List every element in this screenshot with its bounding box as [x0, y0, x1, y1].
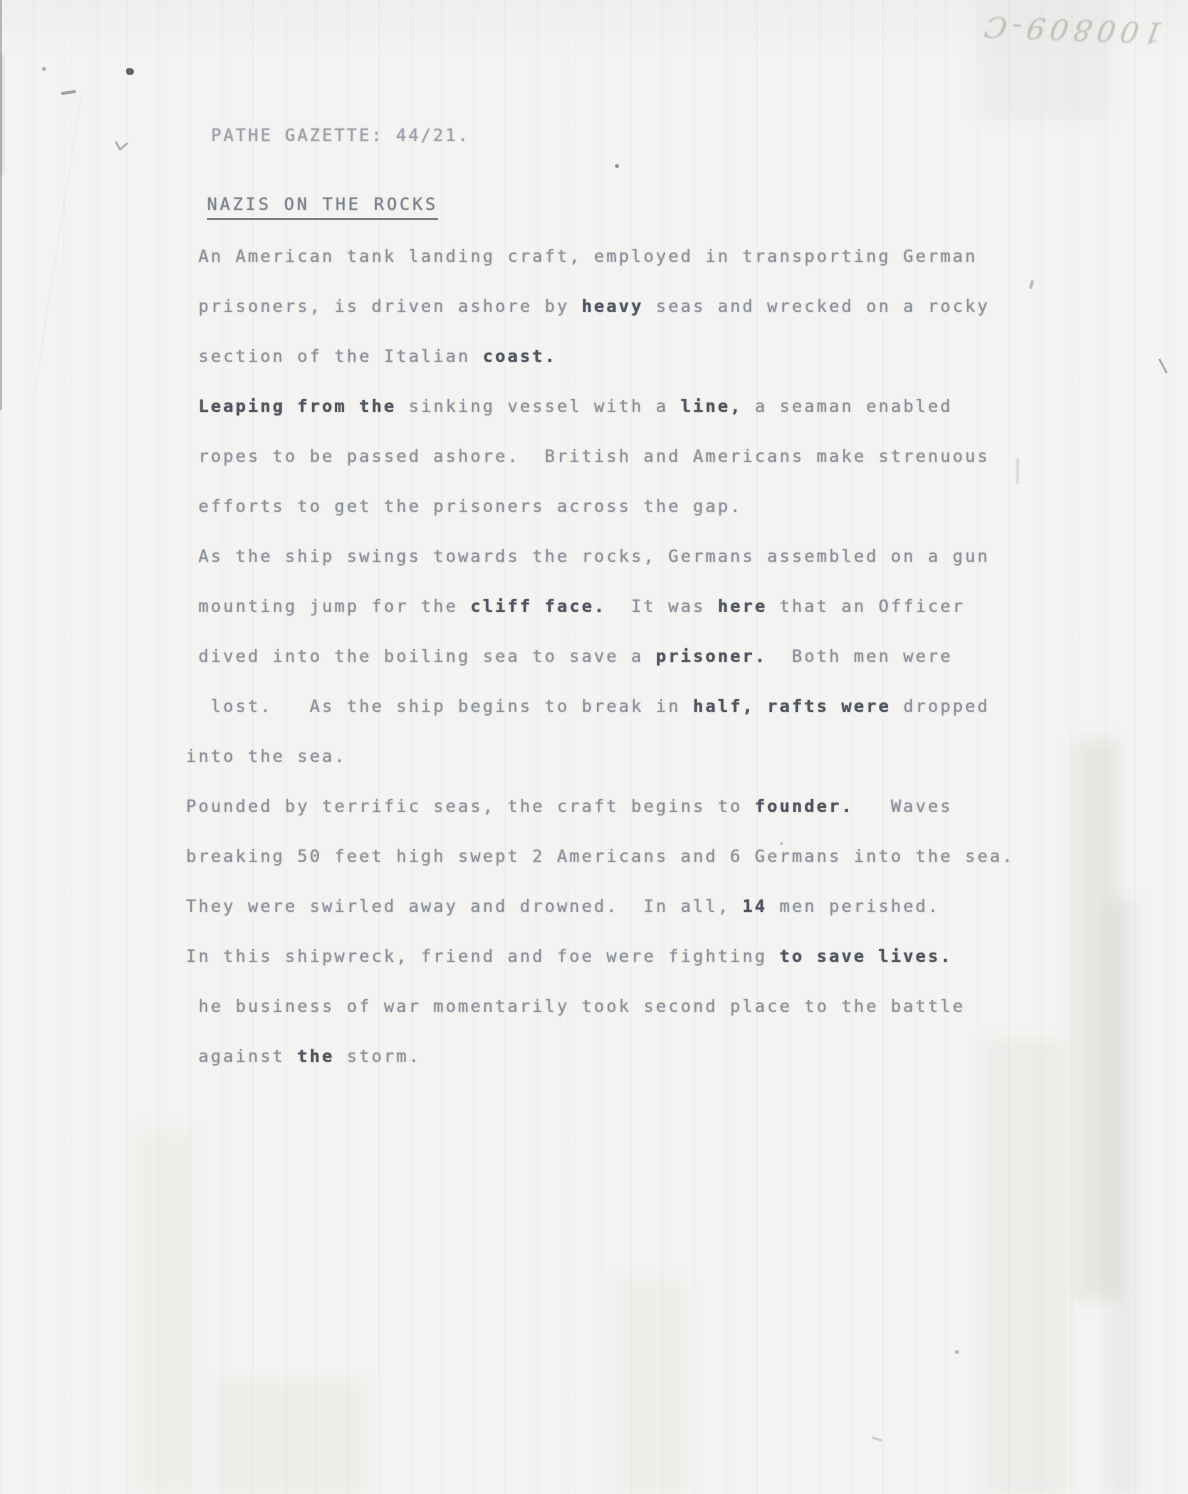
text-segment: It was: [606, 597, 717, 617]
text-segment: dived into the boiling sea to save a: [186, 647, 656, 667]
text-line: prisoners, is driven ashore by heavy sea…: [186, 282, 1086, 332]
text-segment: storm.: [334, 1047, 421, 1067]
emphasized-text: prisoner.: [656, 647, 767, 667]
emphasized-text: line,: [681, 397, 743, 417]
text-line: As the ship swings towards the rocks, Ge…: [186, 532, 1086, 582]
newsreel-issue-header: PATHE GAZETTE: 44/21.: [211, 126, 470, 146]
text-segment: into the sea.: [186, 747, 347, 767]
text-line: An American tank landing craft, employed…: [186, 232, 1086, 282]
text-segment: Pounded by terrific seas, the craft begi…: [186, 797, 755, 817]
emphasized-text: here: [718, 597, 767, 617]
text-segment: dropped: [891, 697, 990, 717]
scanned-page: 100809-C PATHE GAZETTE: 44/21. NAZIS ON …: [0, 0, 1188, 1494]
text-line: section of the Italian coast.: [186, 332, 1086, 382]
text-line: They were swirled away and drowned. In a…: [186, 882, 1086, 932]
text-line: mounting jump for the cliff face. It was…: [186, 582, 1086, 632]
text-segment: In this shipwreck, friend and foe were f…: [186, 947, 780, 967]
text-line: into the sea.: [186, 732, 1086, 782]
text-line: against the storm.: [186, 1032, 1086, 1082]
text-line: Leaping from the sinking vessel with a l…: [186, 382, 1086, 432]
text-segment: that an Officer: [767, 597, 965, 617]
emphasized-text: coast.: [483, 347, 557, 367]
text-line: efforts to get the prisoners across the …: [186, 482, 1086, 532]
emphasized-text: founder.: [755, 797, 854, 817]
text-segment: mounting jump for the: [186, 597, 470, 617]
emphasized-text: 14: [742, 897, 767, 917]
text-segment: prisoners, is driven ashore by: [186, 297, 582, 317]
text-segment: men perished.: [767, 897, 940, 917]
emphasized-text: cliff face.: [470, 597, 606, 617]
text-segment: An American tank landing craft, employed…: [186, 247, 977, 267]
text-line: In this shipwreck, friend and foe were f…: [186, 932, 1086, 982]
text-line: dived into the boiling sea to save a pri…: [186, 632, 1086, 682]
emphasized-text: to save lives.: [780, 947, 953, 967]
emphasized-text: the: [297, 1047, 334, 1067]
text-segment: ropes to be passed ashore. British and A…: [186, 447, 990, 467]
text-segment: breaking 50 feet high swept 2 Americans …: [186, 847, 1014, 867]
text-segment: They were swirled away and drowned. In a…: [186, 897, 742, 917]
text-segment: he business of war momentarily took seco…: [186, 997, 965, 1017]
story-title: NAZIS ON THE ROCKS: [207, 195, 438, 220]
typescript: PATHE GAZETTE: 44/21. NAZIS ON THE ROCKS…: [0, 0, 1188, 1494]
text-segment: Both men were: [767, 647, 952, 667]
text-segment: As the ship swings towards the rocks, Ge…: [186, 547, 990, 567]
text-segment: Waves: [854, 797, 953, 817]
document-lines: An American tank landing craft, employed…: [186, 232, 1086, 1082]
text-line: ropes to be passed ashore. British and A…: [186, 432, 1086, 482]
text-segment: [186, 397, 198, 417]
emphasized-text: half,: [693, 697, 755, 717]
text-segment: seas and wrecked on a rocky: [644, 297, 990, 317]
text-line: lost. As the ship begins to break in hal…: [186, 682, 1086, 732]
text-line: he business of war momentarily took seco…: [186, 982, 1086, 1032]
text-line: Pounded by terrific seas, the craft begi…: [186, 782, 1086, 832]
emphasized-text: rafts were: [767, 697, 891, 717]
text-segment: efforts to get the prisoners across the …: [186, 497, 742, 517]
text-segment: section of the Italian: [186, 347, 483, 367]
emphasized-text: Leaping from the: [198, 397, 396, 417]
text-segment: lost. As the ship begins to break in: [186, 697, 693, 717]
text-segment: a seaman enabled: [742, 397, 952, 417]
text-segment: sinking vessel with a: [396, 397, 680, 417]
text-segment: against: [186, 1047, 297, 1067]
text-line: breaking 50 feet high swept 2 Americans …: [186, 832, 1086, 882]
text-segment: [755, 697, 767, 717]
emphasized-text: heavy: [582, 297, 644, 317]
